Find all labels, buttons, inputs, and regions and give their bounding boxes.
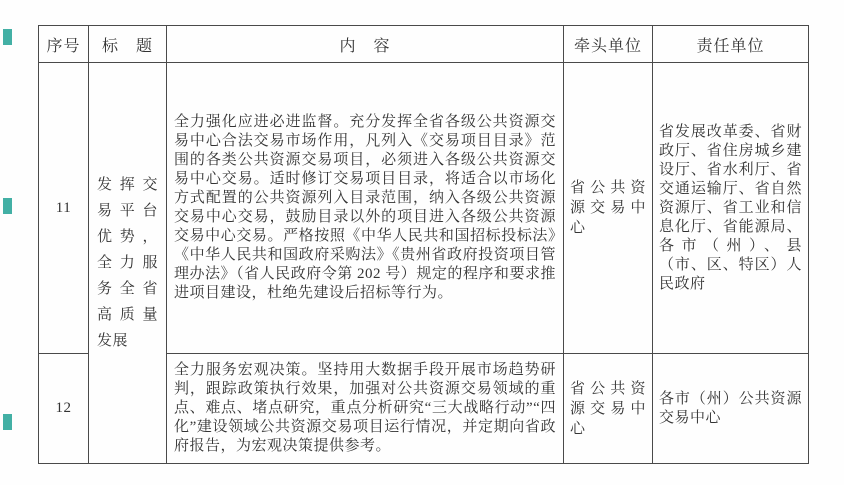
left-edge-artifact-mark [3, 414, 12, 430]
table-row-11: 11 发挥交易平台优势，全力服务全省高质量发展 全力强化应进必进监督。充分发挥全… [39, 63, 809, 354]
row-11-responsible-unit: 省发展改革委、省财政厅、省住房城乡建设厅、省水利厅、省交通运输厅、省自然资源厅、… [653, 63, 809, 354]
row-12-responsible-unit: 各市（州）公共资源交易中心 [653, 354, 809, 464]
column-header-responsible-unit: 责任单位 [653, 26, 809, 63]
left-edge-artifact-mark [3, 198, 12, 214]
column-header-content: 内 容 [167, 26, 564, 63]
row-12-content: 全力服务宏观决策。坚持用大数据手段开展市场趋势研判，跟踪政策执行效果，加强对公共… [167, 354, 564, 464]
column-header-lead-unit: 牵头单位 [564, 26, 653, 63]
row-11-number: 11 [39, 63, 89, 354]
column-header-title: 标 题 [89, 26, 167, 63]
row-11-title: 发挥交易平台优势，全力服务全省高质量发展 [89, 63, 167, 464]
column-header-no: 序号 [39, 26, 89, 63]
document-page: 序号 标 题 内 容 牵头单位 责任单位 11 发挥交易平台优势，全力服务全省高… [0, 0, 844, 485]
table-header-row: 序号 标 题 内 容 牵头单位 责任单位 [39, 26, 809, 63]
responsibility-assignment-table: 序号 标 题 内 容 牵头单位 责任单位 11 发挥交易平台优势，全力服务全省高… [38, 25, 809, 464]
row-11-content: 全力强化应进必进监督。充分发挥全省各级公共资源交易中心合法交易市场作用，凡列入《… [167, 63, 564, 354]
row-12-number: 12 [39, 354, 89, 464]
left-edge-artifact-mark [3, 29, 12, 45]
row-11-lead-unit: 省公共资源交易中心 [564, 63, 653, 354]
row-12-lead-unit: 省公共资源交易中心 [564, 354, 653, 464]
